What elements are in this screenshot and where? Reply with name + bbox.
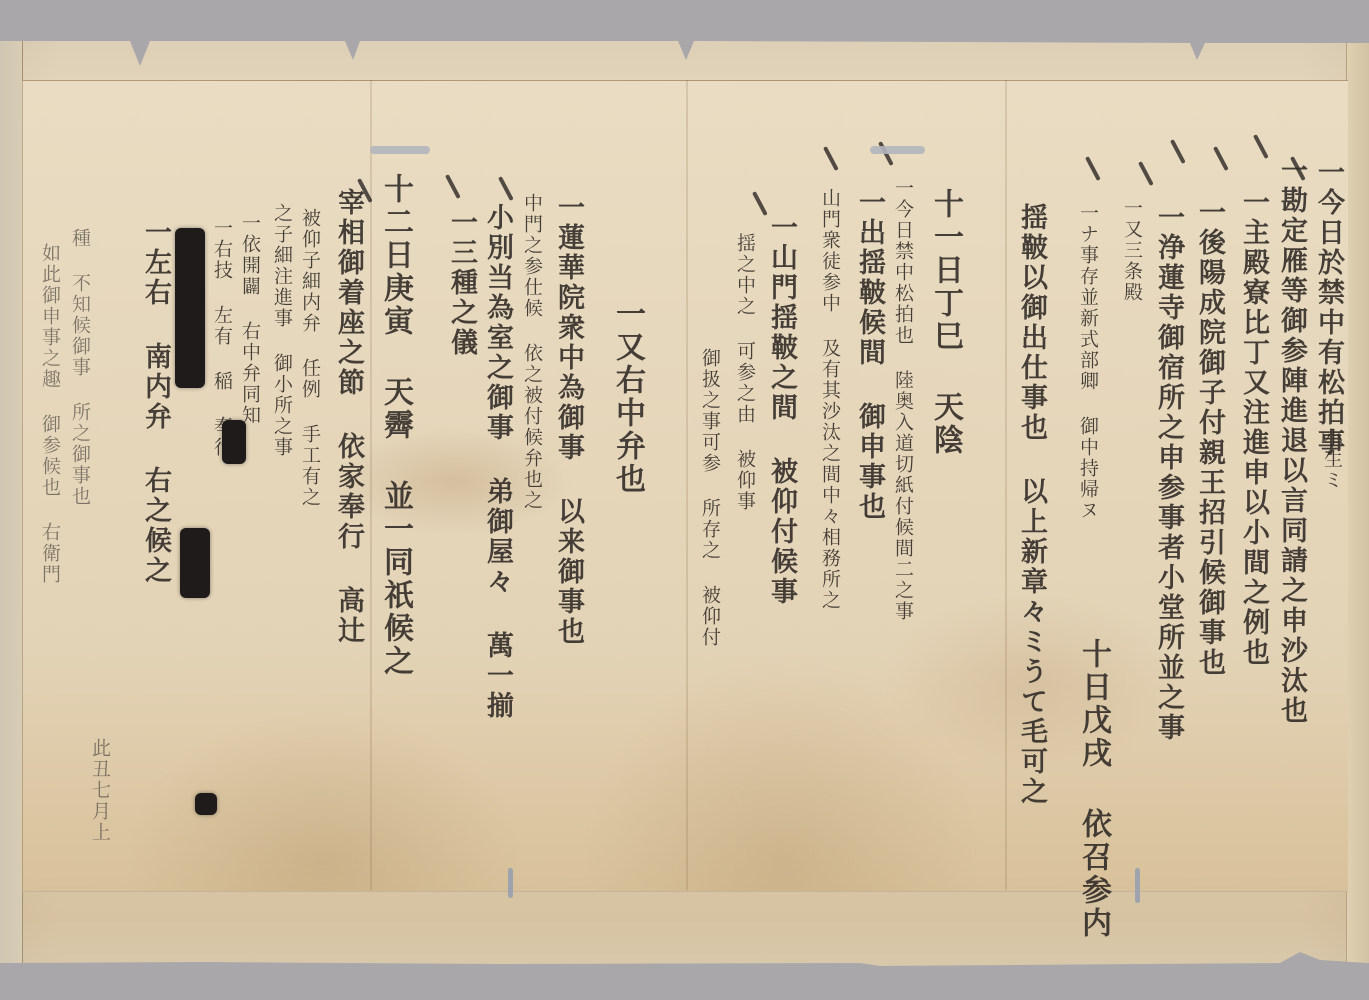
paper-repair xyxy=(370,146,430,154)
ink-blot xyxy=(175,228,205,388)
text-column: 一今日禁中松拍也 陸奥入道切紙付候間二之事 xyxy=(893,178,912,622)
text-column: 十一日丁巳 天陰 xyxy=(930,188,960,457)
ink-blot xyxy=(222,420,246,464)
text-column: 之子細注進事 御小所之事 xyxy=(272,203,291,458)
paper-tear xyxy=(505,968,510,998)
text-column: 一又右中弁也 xyxy=(612,298,642,496)
mounting-strip-left xyxy=(0,38,23,968)
text-column: 被仰子細内弁 任例 手工有之 xyxy=(300,208,319,508)
text-column: 揺之中之 可参之由 被仰事 xyxy=(735,233,754,512)
mounting-strip-right xyxy=(1346,38,1369,968)
text-column: 一ナ事存並新式部卿 御中持帰ヌ xyxy=(1078,203,1097,521)
text-column: 一主殿寮比丁又注進申以小間之例也 xyxy=(1240,188,1267,668)
text-column: 御扱之事可参 所存之 被仰付 xyxy=(700,348,719,648)
text-column: 一出揺鞁候間 御申事也 xyxy=(856,188,883,522)
text-column: 一三種之儀 xyxy=(448,208,475,358)
text-column: 一依開闢 右中弁同知 xyxy=(240,213,259,426)
ink-blot xyxy=(180,528,210,598)
text-column: 中門之参仕候 依之被付候弁也之 xyxy=(522,193,541,511)
document-paper: 一今日於禁中有松拍事 小生ミ 一勘定雁等御参陣進退以言同請之申沙汰也 一主殿寮比… xyxy=(0,38,1369,968)
text-column: 十日戊戌 依召参内 xyxy=(1078,638,1108,940)
manuscript-sheet xyxy=(22,80,1348,892)
text-column: 一左右 南内弁 右之候之 xyxy=(142,218,169,586)
text-column: 小生ミ xyxy=(1322,428,1341,491)
sheet-seam xyxy=(1005,80,1007,890)
text-column: 山門衆徒参中 及有其沙汰之間中々相務所之 xyxy=(820,188,839,611)
text-column: 此丑七月上 xyxy=(90,738,109,843)
text-column: 小別当為室之御事 弟御屋々 萬一揃 xyxy=(484,203,511,721)
text-column: 如此御申事之趣 御参候也 右衛門 xyxy=(40,243,59,585)
text-column: 一浄蓮寺御宿所之申参事者小堂所並之事 xyxy=(1155,203,1182,743)
paper-tear xyxy=(508,868,513,898)
paper-repair xyxy=(870,146,925,154)
text-column: 一後陽成院御子付親王招引候御事也 xyxy=(1196,198,1223,678)
ink-blot xyxy=(195,793,217,815)
text-column: 一山門揺鞁之間 被仰付候事 xyxy=(768,213,795,607)
text-column: 揺鞁以御出仕事也 以上新章々ミうて毛可之 xyxy=(1018,203,1045,807)
text-column: 一今日於禁中有松拍事 xyxy=(1315,158,1342,458)
text-column: 一蓮華院衆中為御事 以来御事也 xyxy=(555,193,582,647)
sheet-seam xyxy=(686,80,688,890)
text-column: 十二日庚寅 天霽 並一同祇候之 xyxy=(380,173,410,678)
text-column: 宰相御着座之節 依家奉行 高辻 xyxy=(335,188,362,646)
text-column: 一勘定雁等御参陣進退以言同請之申沙汰也 xyxy=(1278,156,1305,726)
paper-tear xyxy=(1135,868,1140,903)
text-column: 一又三条殿 xyxy=(1122,198,1141,303)
text-column: 種 不知候御事 所之御事也 xyxy=(70,228,89,507)
